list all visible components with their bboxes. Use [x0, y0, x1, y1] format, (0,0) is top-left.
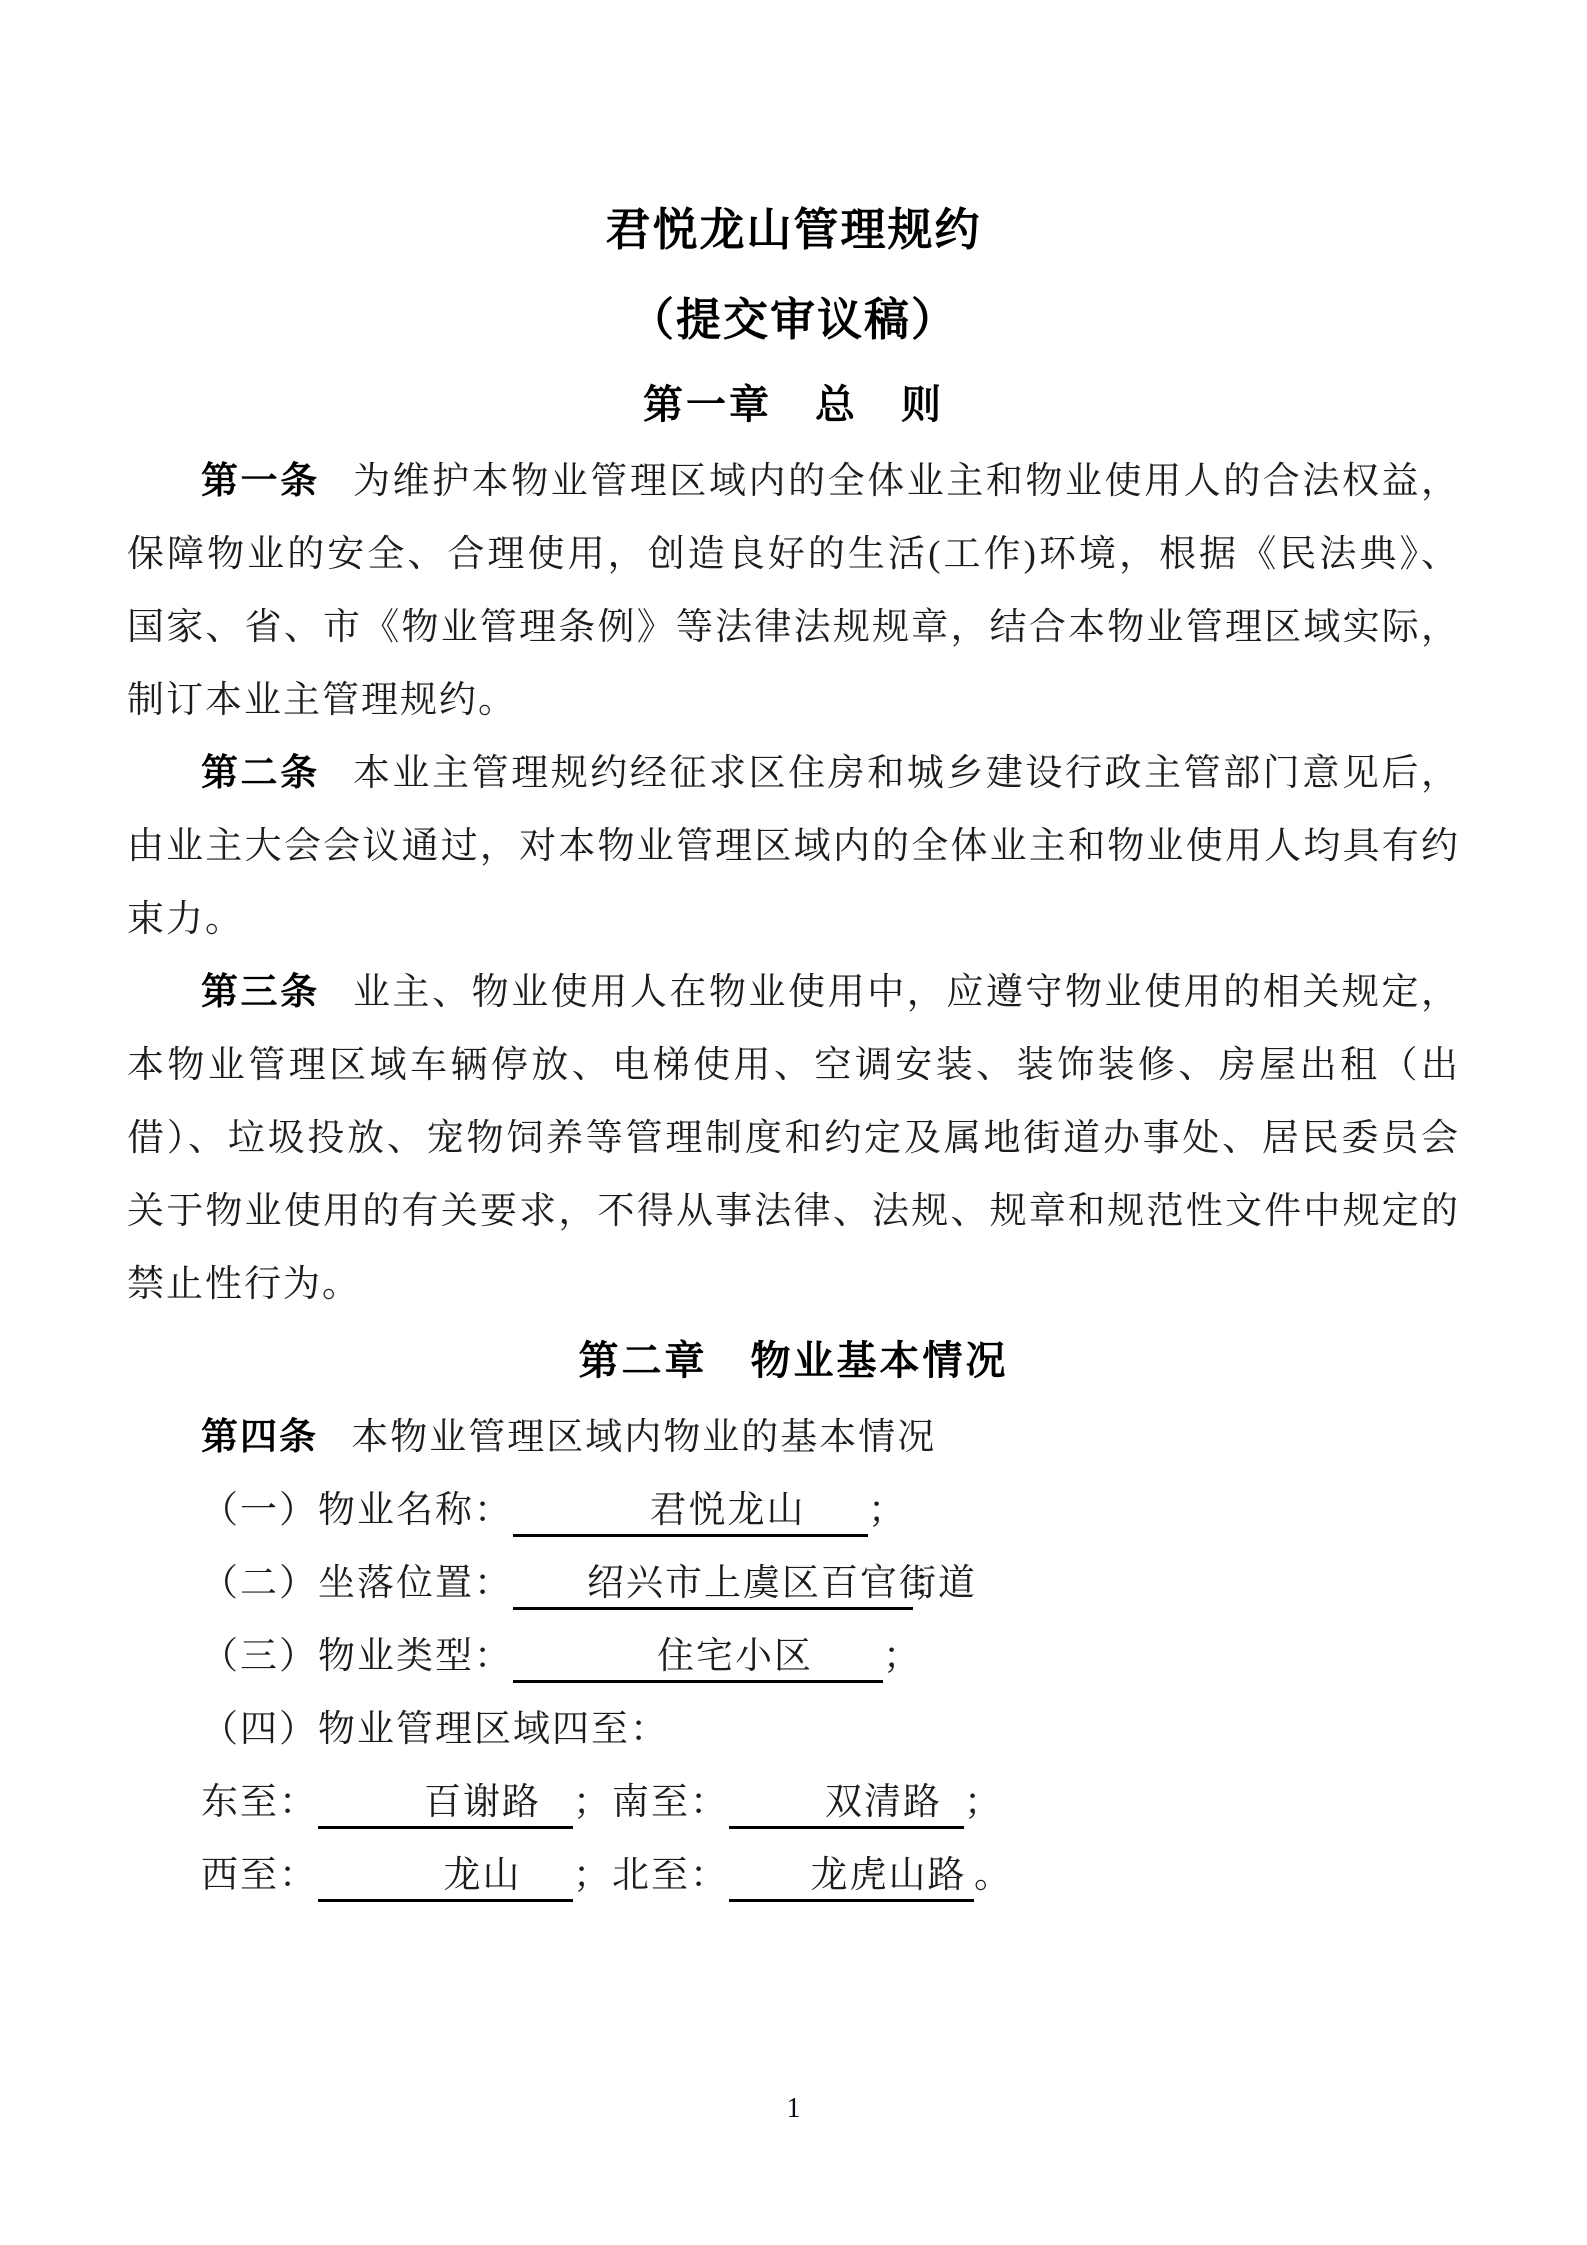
property-name-blank: 君悦龙山: [513, 1488, 868, 1537]
item-location-label: （二）坐落位置：: [201, 1563, 513, 1604]
north-label: 北至：: [612, 1855, 729, 1896]
article-4-text: 本物业管理区域内物业的基本情况: [351, 1417, 936, 1458]
document-subtitle: （提交审议稿）: [127, 275, 1460, 365]
article-3-label: 第三条: [201, 972, 320, 1013]
west-suffix: ；: [573, 1855, 612, 1896]
north-suffix: 。: [974, 1855, 1013, 1896]
item-property-name: （一）物业名称：君悦龙山；: [127, 1474, 1460, 1547]
document-page: 君悦龙山管理规约 （提交审议稿） 第一章 总 则 第一条为维护本物业管理区域内的…: [0, 0, 1587, 2245]
location-blank: 绍兴市上虞区百官街道: [513, 1561, 913, 1610]
article-3-text: 业主、物业使用人在物业使用中，应遵守物业使用的相关规定，本物业管理区域车辆停放、…: [127, 972, 1460, 1305]
east-value: 百谢路: [424, 1782, 541, 1823]
west-value: 龙山: [444, 1855, 522, 1896]
article-1-label: 第一条: [201, 461, 320, 502]
article-2-label: 第二条: [201, 753, 320, 794]
item-location: （二）坐落位置：绍兴市上虞区百官街道；: [127, 1547, 1460, 1620]
property-type-blank: 住宅小区: [513, 1634, 883, 1683]
east-label: 东至：: [201, 1782, 318, 1823]
north-value: 龙虎山路: [811, 1855, 967, 1896]
article-3: 第三条业主、物业使用人在物业使用中，应遵守物业使用的相关规定，本物业管理区域车辆…: [127, 956, 1460, 1321]
article-1: 第一条为维护本物业管理区域内的全体业主和物业使用人的合法权益，保障物业的安全、合…: [127, 445, 1460, 737]
south-value: 双清路: [825, 1782, 942, 1823]
item-property-type-label: （三）物业类型：: [201, 1636, 513, 1677]
article-2: 第二条本业主管理规约经征求区住房和城乡建设行政主管部门意见后，由业主大会会议通过…: [127, 737, 1460, 956]
south-label: 南至：: [612, 1782, 729, 1823]
east-blank: 百谢路: [318, 1780, 573, 1829]
chapter-1-heading: 第一章 总 则: [127, 365, 1460, 445]
item-property-type-suffix: ；: [883, 1636, 922, 1677]
article-2-text: 本业主管理规约经征求区住房和城乡建设行政主管部门意见后，由业主大会会议通过，对本…: [127, 753, 1460, 940]
property-name-value: 君悦龙山: [650, 1490, 806, 1531]
item-boundaries-heading: （四）物业管理区域四至：: [127, 1693, 1460, 1766]
west-label: 西至：: [201, 1855, 318, 1896]
article-4: 第四条本物业管理区域内物业的基本情况: [127, 1401, 1460, 1474]
item-property-type: （三）物业类型：住宅小区；: [127, 1620, 1460, 1693]
boundary-row-east-south: 东至：百谢路；南至：双清路；: [127, 1766, 1460, 1839]
item-boundaries-heading-label: （四）物业管理区域四至：: [201, 1709, 669, 1750]
boundary-row-west-north: 西至：龙山；北至：龙虎山路。: [127, 1839, 1460, 1912]
item-property-name-suffix: ；: [868, 1490, 907, 1531]
article-4-label: 第四条: [201, 1417, 318, 1458]
east-suffix: ；: [573, 1782, 612, 1823]
west-blank: 龙山: [318, 1853, 573, 1902]
item-property-name-label: （一）物业名称：: [201, 1490, 513, 1531]
item-location-suffix: ；: [913, 1563, 952, 1604]
document-title: 君悦龙山管理规约: [127, 185, 1460, 275]
property-type-value: 住宅小区: [657, 1636, 813, 1677]
south-blank: 双清路: [729, 1780, 964, 1829]
south-suffix: ；: [964, 1782, 1003, 1823]
north-blank: 龙虎山路: [729, 1853, 974, 1902]
chapter-2-heading: 第二章 物业基本情况: [127, 1321, 1460, 1401]
page-number: 1: [0, 2093, 1587, 2125]
article-1-text: 为维护本物业管理区域内的全体业主和物业使用人的合法权益，保障物业的安全、合理使用…: [127, 461, 1460, 721]
